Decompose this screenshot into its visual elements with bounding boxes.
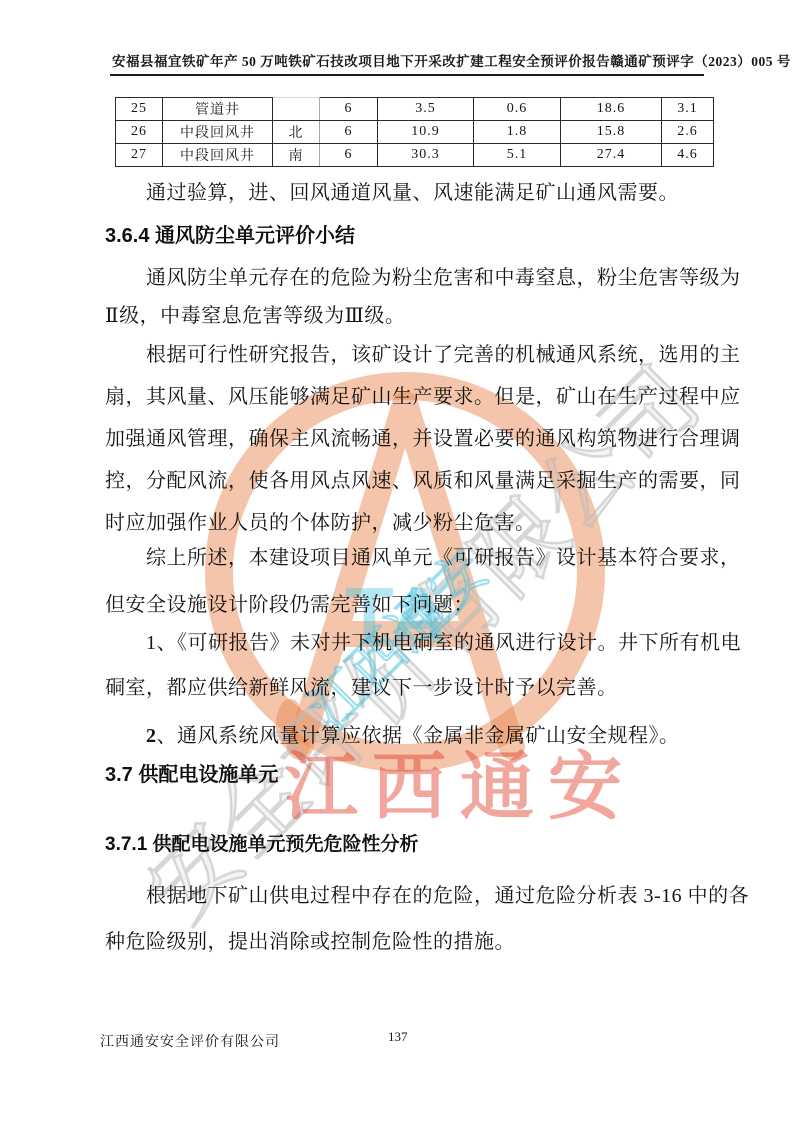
list-item-2-text: 、通风系统风量计算应依据《金属非金属矿山安全规程》。 (157, 725, 680, 747)
report-title: 安福县福宜铁矿年产 50 万吨铁矿石技改项目地下开采改扩建工程安全预评价报告 (112, 50, 610, 70)
table-row: 27 中段回风井 南 6 30.3 5.1 27.4 4.6 (116, 144, 714, 167)
paragraph-line: 种危险级别，提出消除或控制危险性的措施。 (105, 925, 515, 954)
paragraph-line: 控，分配风流，使各用风点风速、风质和风量满足采掘生产的需要，同 (105, 464, 741, 493)
table-cell: 26 (116, 121, 163, 144)
list-item-1-line: 1、《可研报告》未对井下机电硐室的通风进行设计。井下所有机电 (146, 626, 741, 655)
table-cell: 5.1 (474, 144, 561, 167)
table-cell: 3.5 (378, 98, 474, 121)
table-cell (273, 98, 320, 121)
list-item-2-line: 2、通风系统风量计算应依据《金属非金属矿山安全规程》。 (146, 719, 680, 748)
table-cell: 管道井 (163, 98, 273, 121)
paragraph-line: 扇，其风量、风压能够满足矿山生产要求。但是，矿山在生产过程中应 (105, 380, 741, 409)
header-divider (110, 74, 704, 76)
table-cell: 3.1 (662, 98, 714, 121)
table-cell: 2.6 (662, 121, 714, 144)
table-cell: 中段回风井 (163, 144, 273, 167)
table-cell: 6 (320, 144, 378, 167)
paragraph-line: 根据可行性研究报告，该矿设计了完善的机械通风系统，选用的主 (146, 338, 741, 367)
table-cell: 1.8 (474, 121, 561, 144)
table-cell: 15.8 (561, 121, 662, 144)
paragraph-line: 综上所述，本建设项目通风单元《可研报告》设计基本符合要求， (146, 541, 741, 570)
table-cell: 10.9 (378, 121, 474, 144)
page-number: 137 (388, 1029, 408, 1045)
table-cell: 中段回风井 (163, 121, 273, 144)
paragraph-line: 通风防尘单元存在的危险为粉尘危害和中毒窒息，粉尘危害等级为 (146, 261, 741, 290)
footer-company-name: 江西通安安全评价有限公司 (100, 1031, 280, 1051)
table-cell: 4.6 (662, 144, 714, 167)
table-cell: 6 (320, 98, 378, 121)
list-item-1-line: 硐室，都应供给新鲜风流，建议下一步设计时予以完善。 (105, 671, 618, 700)
paragraph-line: 时应加强作业人员的个体防护，减少粉尘危害。 (105, 506, 536, 535)
page-header: 安福县福宜铁矿年产 50 万吨铁矿石技改项目地下开采改扩建工程安全预评价报告 赣… (112, 50, 704, 70)
paragraph-line: 加强通风管理，确保主风流畅通，并设置必要的通风构筑物进行合理调 (105, 422, 741, 451)
table-cell: 27 (116, 144, 163, 167)
section-heading-3-6-4: 3.6.4 通风防尘单元评价小结 (105, 219, 355, 248)
table-row: 26 中段回风井 北 6 10.9 1.8 15.8 2.6 (116, 121, 714, 144)
table-cell: 北 (273, 121, 320, 144)
table-cell: 30.3 (378, 144, 474, 167)
doc-number: 赣通矿预评字（2023）005 号 (610, 50, 791, 70)
table-row: 25 管道井 6 3.5 0.6 18.6 3.1 (116, 98, 714, 121)
section-heading-3-7-1: 3.7.1 供配电设施单元预先危险性分析 (105, 829, 419, 856)
table-cell: 南 (273, 144, 320, 167)
table-cell: 6 (320, 121, 378, 144)
paragraph-line: 但安全设施设计阶段仍需完善如下问题： (105, 588, 474, 617)
table-cell: 0.6 (474, 98, 561, 121)
list-item-2-marker: 2 (146, 725, 157, 747)
document-page: 安福县福宜铁矿年产 50 万吨铁矿石技改项目地下开采改扩建工程安全预评价报告 赣… (0, 0, 800, 1131)
ventilation-shaft-table: 25 管道井 6 3.5 0.6 18.6 3.1 26 中段回风井 北 6 1… (115, 97, 714, 167)
paragraph-line: Ⅱ级，中毒窒息危害等级为Ⅲ级。 (105, 299, 405, 328)
table-cell: 25 (116, 98, 163, 121)
table-cell: 18.6 (561, 98, 662, 121)
paragraph-line: 根据地下矿山供电过程中存在的危险，通过危险分析表 3-16 中的各 (146, 879, 749, 908)
paragraph-line: 通过验算，进、回风通道风量、风速能满足矿山通风需要。 (146, 176, 679, 205)
section-heading-3-7: 3.7 供配电设施单元 (105, 758, 278, 787)
table-cell: 27.4 (561, 144, 662, 167)
